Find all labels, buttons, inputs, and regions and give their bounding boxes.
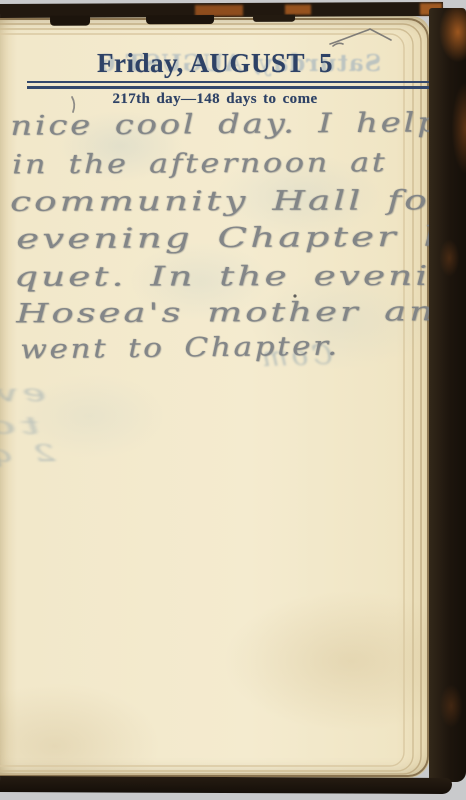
entry-line: nice cool day. I helped: [10, 106, 466, 141]
entry-line: quet. In the evening: [14, 260, 466, 293]
ghost-line: evening: [0, 379, 46, 409]
binding-tab: [146, 15, 214, 24]
binding-tab: [253, 15, 295, 22]
binding-tab: [50, 16, 90, 26]
book-cover-right: [429, 8, 466, 782]
entry-line: Hosea's mother and I: [16, 296, 466, 329]
ghost-line: to Hollis, canned: [0, 408, 40, 440]
book-top-edge: [0, 2, 443, 18]
day-count-caption: 217th day—148 days to come: [0, 91, 430, 108]
book-bottom-edge: [0, 776, 452, 794]
entry-line: in the afternoon at: [12, 147, 387, 180]
rust-patch: [285, 5, 311, 15]
entry-line: community Hall for: [10, 184, 451, 217]
diary-scan: Saturday, AUGUST 6 Com evening to Hollis…: [0, 0, 466, 800]
entry-line: evening Chapter ban-: [16, 220, 466, 255]
ghost-line: 2 qts of: [0, 441, 56, 469]
entry-line: went to Chapter.: [20, 330, 340, 365]
header-divider: [27, 81, 433, 89]
printed-date-heading: Friday, AUGUST 5: [0, 48, 430, 79]
